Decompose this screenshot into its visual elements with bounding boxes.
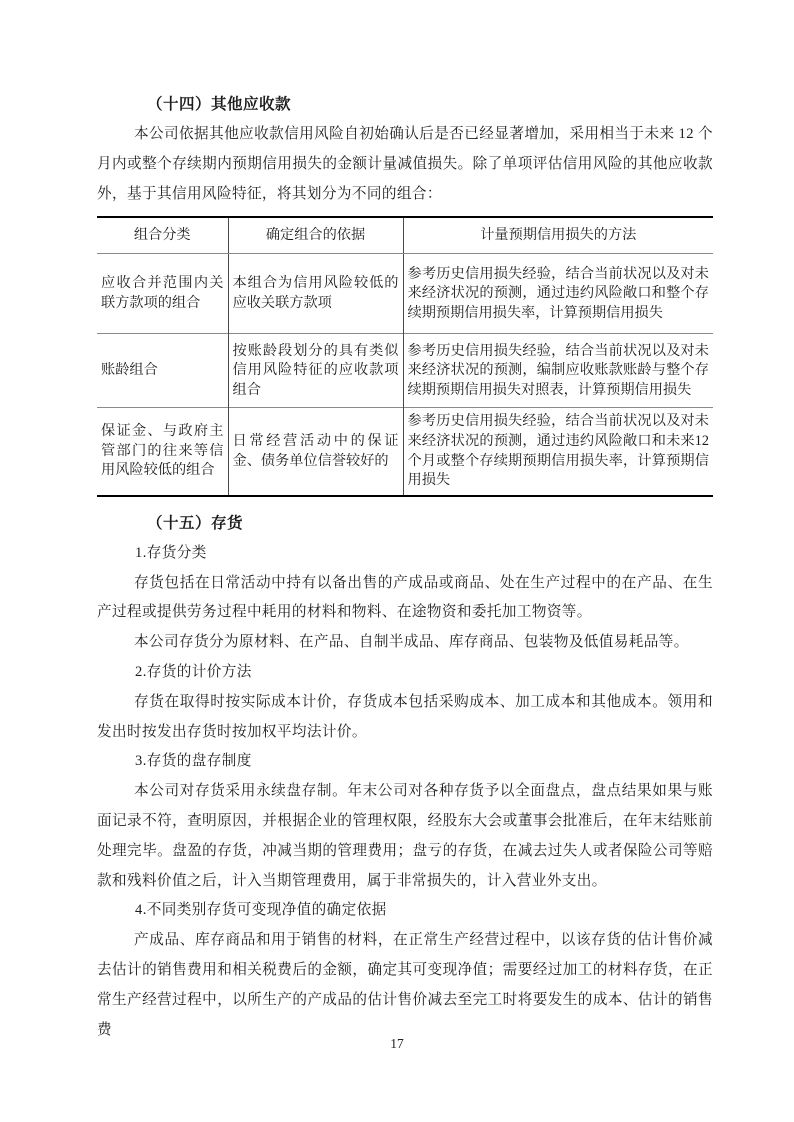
inventory-paragraph: 本公司存货分为原材料、在产品、自制半成品、库存商品、包装物及低值易耗品等。: [97, 628, 713, 658]
inventory-paragraph: 本公司对存货采用永续盘存制。年末公司对各种存货予以全面盘点，盘点结果如果与账面记…: [97, 777, 713, 896]
table-row: 账龄组合 按账龄段划分的具有类似信用风险特征的应收款项组合 参考历史信用损失经验…: [97, 334, 713, 408]
inventory-subhead-net-realizable-value: 4.不同类别存货可变现净值的确定依据: [97, 896, 713, 926]
page-footer: 17: [0, 1036, 794, 1052]
inventory-paragraph: 存货包括在日常活动中持有以备出售的产成品或商品、处在生产过程中的在产品、在生产过…: [97, 569, 713, 629]
cell-basis: 日常经营活动中的保证金、债务单位信誉较好的: [228, 408, 403, 496]
section-14-heading: （十四）其他应收款: [97, 90, 713, 120]
cell-category: 应收合并范围内关联方款项的组合: [97, 254, 228, 334]
table-row: 保证金、与政府主管部门的往来等信用风险较低的组合 日常经营活动中的保证金、债务单…: [97, 408, 713, 496]
column-header-measurement-method: 计量预期信用损失的方法: [403, 217, 713, 254]
column-header-portfolio-basis: 确定组合的依据: [228, 217, 403, 254]
document-page: （十四）其他应收款 本公司依据其他应收款信用风险自初始确认后是否已经显著增加，采…: [0, 0, 794, 1122]
inventory-paragraph: 产成品、库存商品和用于销售的材料，在正常生产经营过程中，以该存货的估计售价减去估…: [97, 926, 713, 1045]
inventory-subhead-classification: 1.存货分类: [97, 539, 713, 569]
cell-basis: 按账龄段划分的具有类似信用风险特征的应收款项组合: [228, 334, 403, 408]
credit-loss-portfolio-table: 组合分类 确定组合的依据 计量预期信用损失的方法 应收合并范围内关联方款项的组合…: [97, 216, 713, 496]
document-content: （十四）其他应收款 本公司依据其他应收款信用风险自初始确认后是否已经显著增加，采…: [97, 90, 713, 1045]
cell-method: 参考历史信用损失经验，结合当前状况以及对未来经济状况的预测，通过违约风险敞口和整…: [403, 254, 713, 334]
cell-method: 参考历史信用损失经验，结合当前状况以及对未来经济状况的预测，通过违约风险敞口和未…: [403, 408, 713, 496]
table-header-row: 组合分类 确定组合的依据 计量预期信用损失的方法: [97, 217, 713, 254]
inventory-paragraph: 存货在取得时按实际成本计价，存货成本包括采购成本、加工成本和其他成本。领用和发出…: [97, 688, 713, 748]
inventory-subhead-valuation-method: 2.存货的计价方法: [97, 658, 713, 688]
cell-method: 参考历史信用损失经验，结合当前状况以及对未来经济状况的预测，编制应收账款账龄与整…: [403, 334, 713, 408]
page-number: 17: [390, 1036, 404, 1051]
section-15-heading: （十五）存货: [97, 509, 713, 539]
inventory-subhead-stocktaking-system: 3.存货的盘存制度: [97, 747, 713, 777]
cell-basis: 本组合为信用风险较低的应收关联方款项: [228, 254, 403, 334]
section-14-intro-paragraph: 本公司依据其他应收款信用风险自初始确认后是否已经显著增加，采用相当于未来 12 …: [97, 120, 713, 209]
cell-category: 保证金、与政府主管部门的往来等信用风险较低的组合: [97, 408, 228, 496]
table-row: 应收合并范围内关联方款项的组合 本组合为信用风险较低的应收关联方款项 参考历史信…: [97, 254, 713, 334]
column-header-portfolio-category: 组合分类: [97, 217, 228, 254]
cell-category: 账龄组合: [97, 334, 228, 408]
